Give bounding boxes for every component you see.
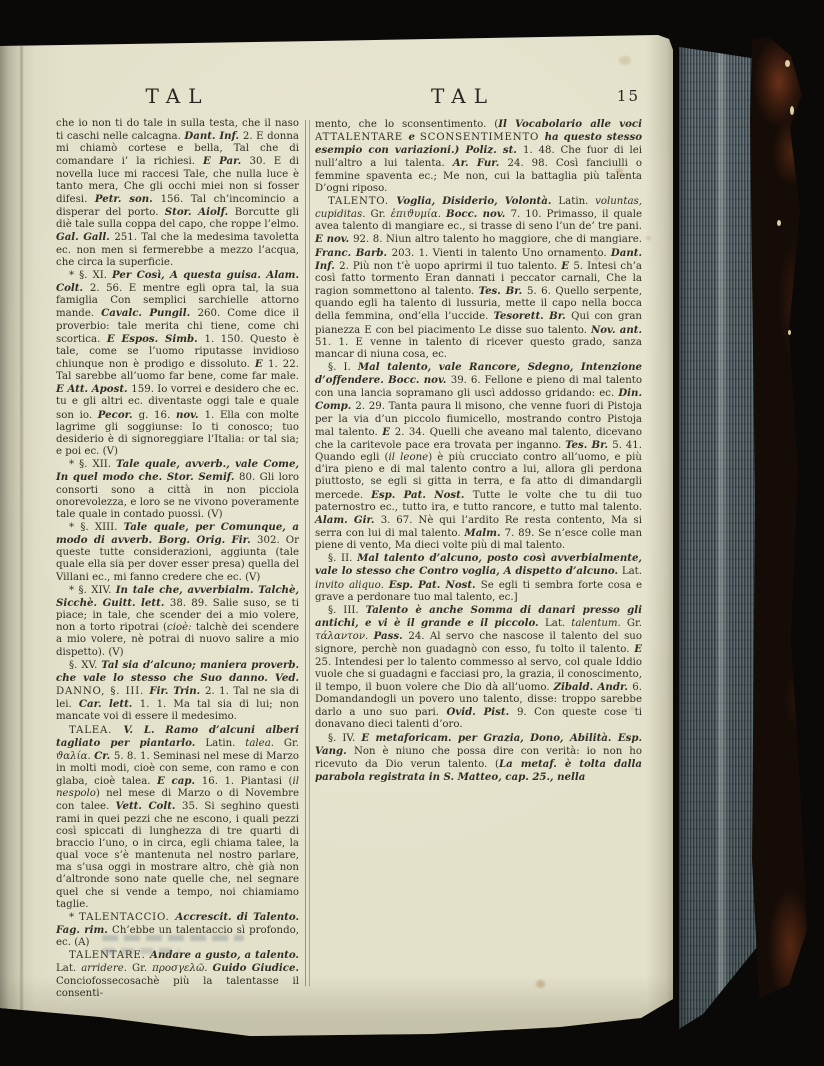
foxing-spot [616,168,623,174]
printed-area: TAL TAL 15 che io non ti do tale in sull… [56,84,642,1000]
text-segment: 16. 1. Piantasi ( [202,776,293,787]
text-segment: E [561,260,573,272]
text-segment: cioè: [167,622,196,633]
text-segment: Gr. [284,738,299,749]
cover-fleck [785,60,790,67]
foxing-spot [118,558,122,562]
text-segment: E Att. Apost. [56,383,131,395]
text-segment: talea. [245,738,284,749]
text-segment: προσγελῶ. [152,963,212,974]
text-segment: E [382,426,395,438]
paragraph: §. XV. Tal sia d’alcuno; maniera proverb… [56,659,299,724]
text-segment: TALENTACCIO. [79,912,175,923]
text-segment: Ar. Fur. [453,157,508,169]
text-segment: 2. Più non t’è uopo aprirmi il tuo talen… [339,261,561,272]
text-segment: Pass. [374,630,409,642]
text-segment: Franc. Barb. [315,247,392,259]
paragraph: §. III. Talento è anche Somma di danari … [315,604,642,732]
page-header: TAL TAL 15 [56,84,642,118]
text-segment: 51. 1. E venne in talento di ricever que… [315,337,642,360]
foxing-spot [646,236,651,240]
text-segment: Bocc. nov. [446,208,511,220]
text-segment: Lat. [56,963,81,974]
photo-backdrop: TAL TAL 15 che io non ti do tale in sull… [0,0,824,1066]
text-segment: * [69,912,79,923]
text-segment: Gal. Gall. [56,231,114,243]
text-segment: E nov. [315,233,353,245]
text-segment: Esp. Pat. Nost. [389,579,481,591]
text-segment: mento, che lo sconsentimento. ( [315,119,498,130]
text-segment: Pecor. [98,409,139,421]
text-segment: g. 16. [139,410,176,421]
text-segment: Gr. [627,618,642,629]
text-segment: Dant. Inf. [184,130,243,142]
text-segment: ATTALENTARE [315,132,408,143]
paragraph: TALENTARE. Andare a gusto, a talento. La… [56,949,299,1000]
text-segment: arridere. [81,963,132,974]
bleedthrough-smudge [102,948,180,954]
text-segment: Conciofossecosachè più la talentasse il … [56,976,299,999]
text-segment: Latin. [558,196,595,207]
paragraph: che io non ti do tale in sulla testa, ch… [56,118,299,269]
paragraph: * §. XII. Tale quale, avverb., vale Come… [56,458,299,521]
text-segment: Voglia, Disiderio, Volontà. [396,195,558,207]
text-segment: §. IV. [328,733,361,744]
text-column-right: mento, che lo sconsentimento. (Il Vocabo… [315,118,642,1000]
text-segment: Tes. Br. [565,439,612,451]
paragraph: §. I. Mal talento, vale Rancore, Sdegno,… [315,361,642,552]
text-segment: E cap. [157,775,202,787]
text-segment: TALENTO. [328,196,396,207]
text-column-left: che io non ti do tale in sulla testa, ch… [56,118,299,1000]
text-segment: E [634,643,642,655]
text-segment: Lat. [622,566,642,577]
text-segment: 92. 8. Niun altro talento ho maggiore, c… [353,234,642,245]
paper-stain [619,56,631,65]
text-segment: §. III. [328,605,366,616]
text-segment: nov. [176,409,205,421]
text-segment: Vett. Colt. [116,800,182,812]
text-segment: Esp. Pat. Nost. [371,489,473,501]
paragraph: TALENTO. Voglia, Disiderio, Volontà. Lat… [315,195,642,361]
text-segment: τάλαντον. [315,631,374,642]
text-segment: * §. XIV. [69,585,116,596]
text-segment: Cavalc. Pungil. [101,307,197,319]
text-segment: Cr. [94,750,114,762]
text-segment: Tes. Br. [479,285,527,297]
text-segment: invito aliquo. [315,580,389,591]
text-segment: §. XV. [69,660,101,671]
text-segment: talentum. [571,618,627,629]
page-number: 15 [617,87,640,105]
text-segment: TALEA. [69,725,123,736]
foxing-spot [252,122,257,127]
text-segment: Car. lett. [79,698,140,710]
text-segment: Mal talento d’alcuno, posto così avverbi… [315,552,642,577]
text-segment: * §. XIII. [69,522,124,533]
text-segment: Stor. Aiolf. [165,206,235,218]
paragraph: * TALENTACCIO. Accrescit. di Talento. Fa… [56,911,299,949]
text-segment: E Par. [203,155,249,167]
text-segment: Gr. [132,963,152,974]
running-title-left: TAL [56,84,299,108]
text-segment: Guido Giudice. [213,962,299,974]
text-segment: Petr. son. [95,193,161,205]
text-segment: il leone [389,452,429,463]
text-segment: e [408,131,419,143]
text-segment: Lat. [545,618,571,629]
paragraph: §. IV. E metaforicam. per Grazia, Dono, … [315,732,642,785]
text-segment: Alam. Gir. [315,514,381,526]
text-segment: Nov. ant. [591,324,642,336]
text-segment: E [255,358,268,370]
paragraph: §. II. Mal talento d’alcuno, posto così … [315,552,642,604]
text-segment: * §. XII. [69,459,116,470]
text-segment: Gr. [370,209,390,220]
text-segment: Malm. [464,527,504,539]
text-segment: §. II. [328,553,357,564]
text-segment: Fir. Trin. [149,685,205,697]
text-segment: ϑαλία. [56,751,94,762]
text-segment: Tesorett. Br. [493,310,571,322]
paragraph: * §. XIII. Tale quale, per Comunque, a m… [56,521,299,584]
text-segment: Latin. [205,738,245,749]
foxing-spot [536,980,545,988]
foxing-spot [594,256,599,261]
text-segment: 35. Si seghino questi rami in quei pezzi… [56,801,299,909]
text-segment: Zibald. Andr. [554,681,633,693]
text-segment: SCONSENTIMENTO [420,132,545,143]
text-segment: ἐπιϑυμία. [391,209,446,220]
text-segment: Ovid. Pist. [447,706,517,718]
text-segment: * §. XI. [69,270,112,281]
running-title-right: TAL [313,84,613,108]
paragraph: * §. XI. Per Così, A questa guisa. Alam.… [56,269,299,458]
gutter-crease [19,46,24,1026]
paragraph: TALEA. V. L. Ramo d’alcuni alberi taglia… [56,724,299,911]
paragraph: * §. XIV. In tale che, avverbialm. Talch… [56,584,299,659]
text-segment: DANNO, §. III. [56,686,149,697]
foxing-spot [630,706,635,711]
bleedthrough-smudge [102,935,244,941]
cover-fleck [777,220,781,226]
text-segment: Poliz. st. [465,144,522,156]
cover-fleck [790,106,794,115]
text-segment: §. I. [328,362,358,373]
text-segment: Il Vocabolario alle voci [498,118,642,130]
text-block: che io non ti do tale in sulla testa, ch… [56,118,642,1000]
cover-fleck [788,330,791,335]
column-divider-rule [305,120,310,986]
text-segment: 203. 1. Vienti in talento Uno ornamento. [392,248,611,259]
paragraph: mento, che lo sconsentimento. (Il Vocabo… [315,118,642,195]
text-segment: E Espos. Simb. [107,333,205,345]
